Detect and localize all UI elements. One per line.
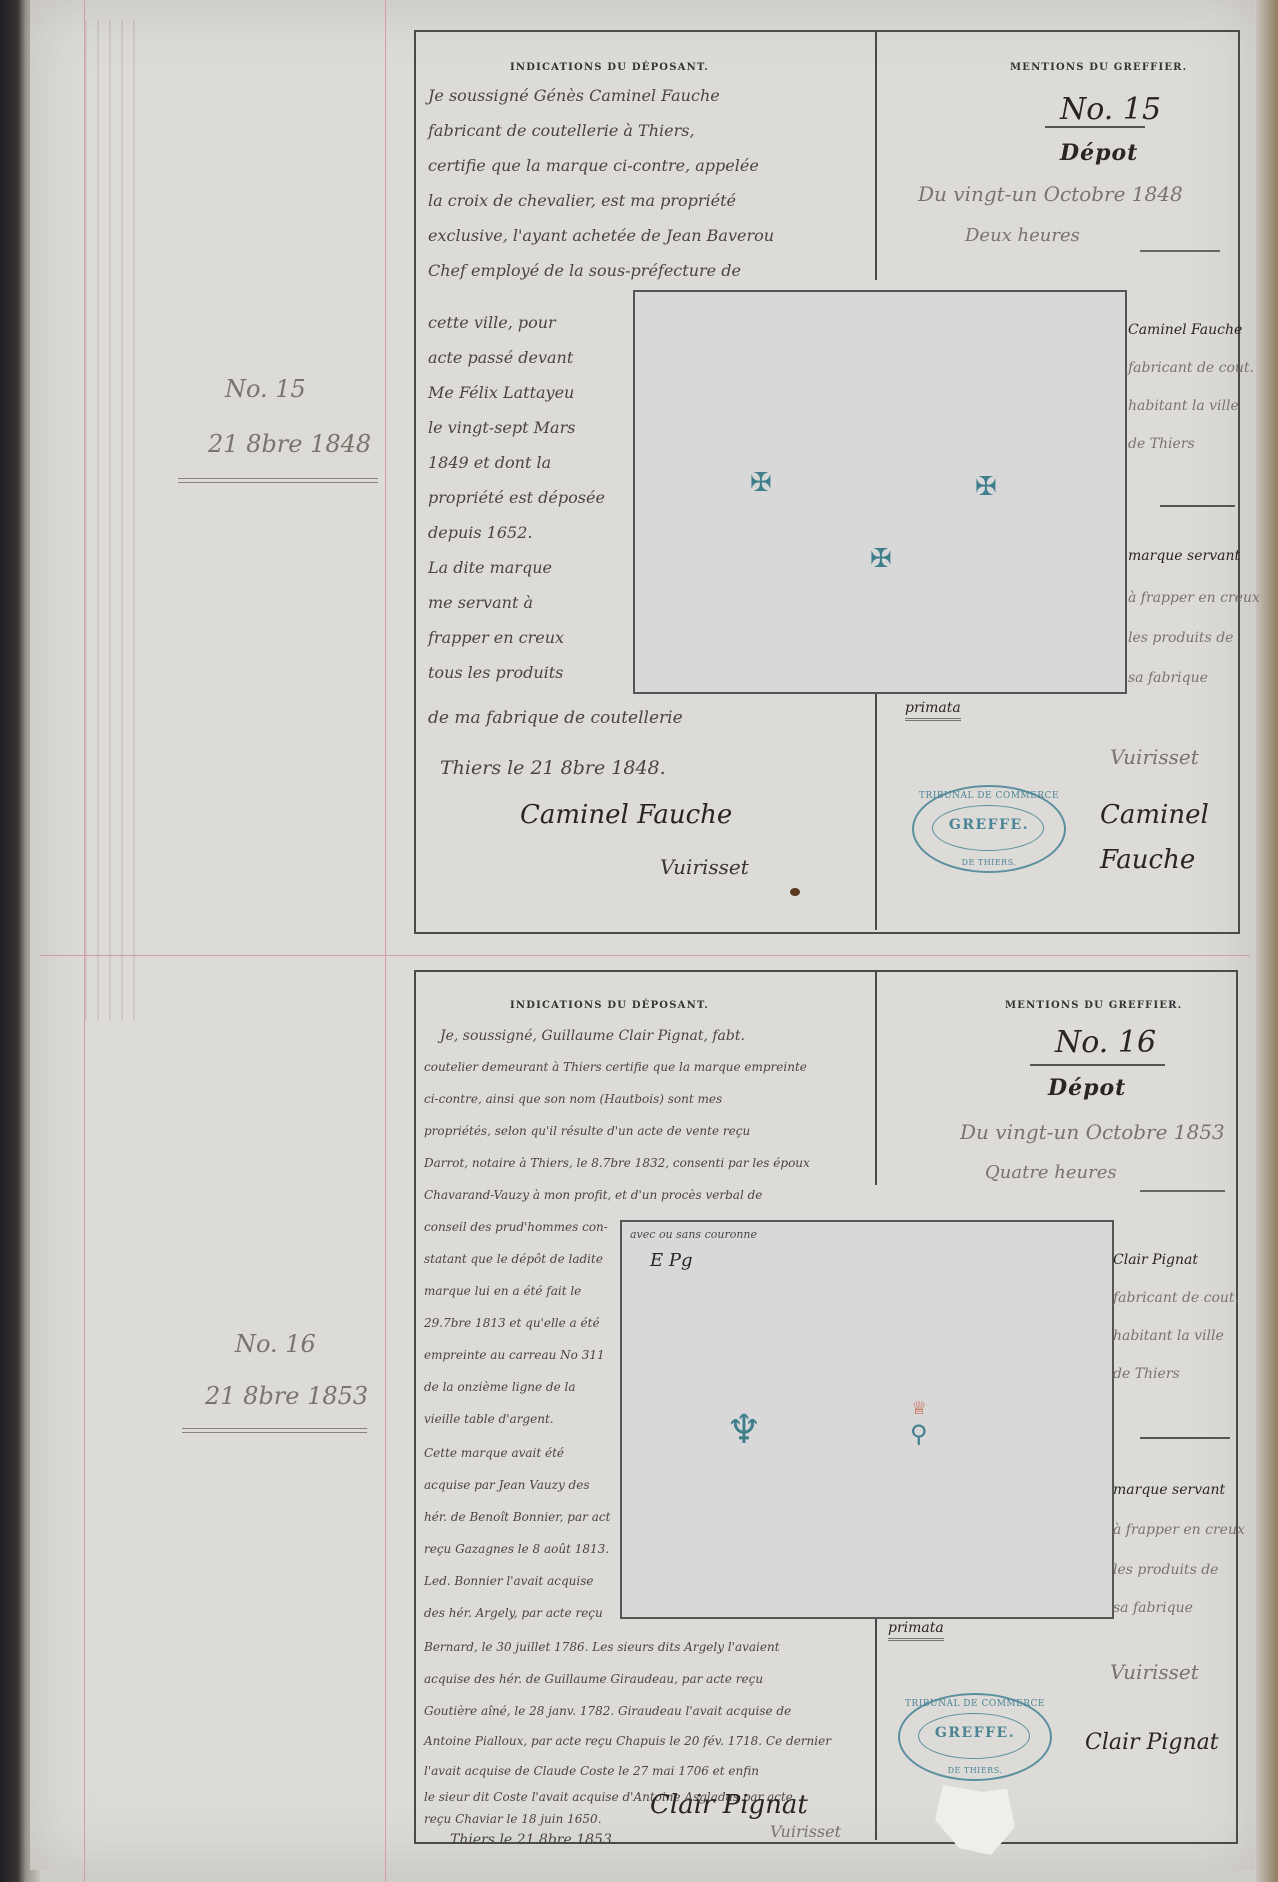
mark-impression-box: avec ou sans couronne E Pg ♆ ♕ ⚲ bbox=[620, 1220, 1114, 1619]
deposant-line: propriété est déposée bbox=[428, 480, 605, 516]
greffier-line: les produits de bbox=[1128, 630, 1233, 646]
greffier-separator bbox=[1160, 505, 1235, 507]
deposant-line: marque lui en a été fait le bbox=[424, 1284, 581, 1298]
clerk-signature: Vuirisset bbox=[660, 855, 749, 879]
margin-rule-right bbox=[385, 0, 386, 1882]
deposant-line: certifie que la marque ci-contre, appelé… bbox=[428, 148, 759, 184]
stamp-top-text: TRIBUNAL DE COMMERCE bbox=[900, 1699, 1050, 1709]
page-edges bbox=[85, 20, 145, 1020]
deposant-signature: Clair Pignat bbox=[650, 1790, 808, 1820]
deposant-line: Thiers le 21 8bre 1848. bbox=[440, 750, 666, 786]
depot-label: Dépot bbox=[1060, 140, 1138, 166]
deposit-hour: Quatre heures bbox=[985, 1162, 1117, 1183]
margin-entry-date: 21 8bre 1848 bbox=[208, 430, 371, 458]
deposant-line: 1849 et dont la bbox=[428, 445, 551, 481]
croix-de-chevalier-mark-icon: ✠ bbox=[750, 470, 772, 496]
deposant-line: Cette marque avait été bbox=[424, 1446, 564, 1460]
deposant-line: le vingt-sept Mars bbox=[428, 410, 575, 446]
greffier-line: Caminel Fauche bbox=[1128, 322, 1242, 338]
margin-entry-number: No. 16 bbox=[235, 1330, 316, 1358]
deposant-line: de ma fabrique de coutellerie bbox=[428, 700, 683, 736]
header-indications-deposant: INDICATIONS DU DÉPOSANT. bbox=[510, 1000, 709, 1011]
deposant-signature: Caminel Fauche bbox=[520, 800, 732, 830]
deposant-line: ci-contre, ainsi que son nom (Hautbois) … bbox=[424, 1092, 722, 1106]
croix-de-chevalier-mark-icon: ✠ bbox=[870, 546, 892, 572]
greffier-signature: Vuirisset bbox=[1110, 1660, 1199, 1684]
greffier-signature: Vuirisset bbox=[1110, 745, 1199, 769]
deposant-line: Darrot, notaire à Thiers, le 8.7bre 1832… bbox=[424, 1156, 810, 1170]
deposant-line: Bernard, le 30 juillet 1786. Les sieurs … bbox=[424, 1640, 780, 1654]
deposant-line: empreinte au carreau No 311 bbox=[424, 1348, 605, 1362]
stamp-top-text: TRIBUNAL DE COMMERCE bbox=[914, 791, 1064, 801]
deposant-line: cette ville, pour bbox=[428, 305, 556, 341]
header-mentions-greffier: MENTIONS DU GREFFIER. bbox=[1005, 1000, 1182, 1011]
mark-initials: E Pg bbox=[650, 1250, 693, 1271]
deposant-line: me servant à bbox=[428, 585, 533, 621]
deposant-line: Chef employé de la sous-préfecture de bbox=[428, 253, 741, 289]
deposant-line: Chavarand-Vauzy à mon profit, et d'un pr… bbox=[424, 1188, 762, 1202]
deposant-line: Je soussigné Génès Caminel Fauche bbox=[428, 78, 720, 114]
greffier-line: à frapper en creux bbox=[1128, 590, 1260, 606]
deposant-line: de la onzième ligne de la bbox=[424, 1380, 576, 1394]
greffier-line: marque servant bbox=[1113, 1482, 1225, 1498]
greffier-line: sa fabrique bbox=[1128, 670, 1208, 686]
deposant-line: reçu Gazagnes le 8 août 1813. bbox=[424, 1542, 609, 1556]
greffier-signature: Caminel bbox=[1100, 800, 1209, 830]
mark-impression-box: ✠ ✠ ✠ bbox=[633, 290, 1127, 694]
greffier-line: les produits de bbox=[1113, 1562, 1218, 1578]
deposant-line: propriétés, selon qu'il résulte d'un act… bbox=[424, 1124, 750, 1138]
croix-de-chevalier-mark-icon: ✠ bbox=[975, 474, 997, 500]
deposant-line: reçu Chaviar le 18 juin 1650. bbox=[424, 1812, 602, 1826]
stamp-bottom-text: DE THIERS. bbox=[914, 858, 1064, 867]
margin-rule-left bbox=[84, 0, 85, 1882]
greffier-line: de Thiers bbox=[1113, 1366, 1180, 1382]
deposant-line: des hér. Argely, par acte reçu bbox=[424, 1606, 603, 1620]
header-mentions-greffier: MENTIONS DU GREFFIER. bbox=[1010, 62, 1187, 73]
stamp-center-text: GREFFE. bbox=[900, 1725, 1050, 1741]
greffier-line: sa fabrique bbox=[1113, 1600, 1193, 1616]
deposant-line: La dite marque bbox=[428, 550, 552, 586]
greffier-line: habitant la ville bbox=[1128, 398, 1239, 414]
greffe-stamp: TRIBUNAL DE COMMERCE GREFFE. DE THIERS. bbox=[912, 785, 1066, 873]
greffier-line: marque servant bbox=[1128, 548, 1240, 564]
deposant-line: 29.7bre 1813 et qu'elle a été bbox=[424, 1316, 600, 1330]
deposant-line: acquise des hér. de Guillaume Giraudeau,… bbox=[424, 1672, 763, 1686]
entry-number-underline bbox=[1045, 126, 1145, 128]
hautbois-small-mark-icon: ⚲ bbox=[910, 1422, 928, 1446]
hautbois-candelabra-mark-icon: ♆ bbox=[726, 1410, 762, 1450]
margin-underline bbox=[178, 478, 378, 483]
greffier-line: à frapper en creux bbox=[1113, 1522, 1245, 1538]
mark-note: avec ou sans couronne bbox=[630, 1228, 757, 1241]
greffier-line: de Thiers bbox=[1128, 436, 1195, 452]
deposant-line: Me Félix Lattayeu bbox=[428, 375, 574, 411]
margin-underline bbox=[182, 1428, 367, 1433]
deposant-line: acquise par Jean Vauzy des bbox=[424, 1478, 590, 1492]
column-divider-top bbox=[875, 30, 877, 280]
deposant-line: conseil des prud'hommes con- bbox=[424, 1220, 608, 1234]
deposant-line: statant que le dépôt de ladite bbox=[424, 1252, 603, 1266]
deposant-line: Je, soussigné, Guillaume Clair Pignat, f… bbox=[440, 1028, 745, 1044]
deposant-line: vieille table d'argent. bbox=[424, 1412, 554, 1426]
primata-label: primata bbox=[905, 700, 961, 721]
greffier-line: habitant la ville bbox=[1113, 1328, 1224, 1344]
greffier-line: Clair Pignat bbox=[1113, 1252, 1198, 1268]
deposant-line: hér. de Benoît Bonnier, par act bbox=[424, 1510, 610, 1524]
deposant-line: frapper en creux bbox=[428, 620, 564, 656]
deposant-line: Led. Bonnier l'avait acquise bbox=[424, 1574, 593, 1588]
margin-entry-number: No. 15 bbox=[225, 375, 306, 403]
deposant-line: Antoine Pialloux, par acte reçu Chapuis … bbox=[424, 1734, 831, 1748]
greffier-line: fabricant de cout. bbox=[1128, 360, 1254, 376]
entry-number: No. 16 bbox=[1055, 1025, 1156, 1060]
hour-underline bbox=[1140, 250, 1220, 252]
margin-entry-date: 21 8bre 1853 bbox=[205, 1382, 368, 1410]
header-indications-deposant: INDICATIONS DU DÉPOSANT. bbox=[510, 62, 709, 73]
entry-number-underline bbox=[1030, 1064, 1165, 1066]
stamp-bottom-text: DE THIERS. bbox=[900, 1766, 1050, 1775]
deposit-hour: Deux heures bbox=[965, 225, 1080, 246]
entry-separator-rule bbox=[40, 955, 1250, 956]
ink-blot bbox=[790, 888, 800, 896]
stamp-center-text: GREFFE. bbox=[914, 817, 1064, 833]
deposant-line: depuis 1652. bbox=[428, 515, 532, 551]
deposant-line: l'avait acquise de Claude Coste le 27 ma… bbox=[424, 1764, 759, 1778]
entry-number: No. 15 bbox=[1060, 92, 1161, 127]
deposit-date: Du vingt-un Octobre 1853 bbox=[960, 1120, 1225, 1144]
greffier-signature: Fauche bbox=[1100, 845, 1195, 875]
deposant-line: coutelier demeurant à Thiers certifie qu… bbox=[424, 1060, 807, 1074]
clerk-signature: Vuirisset bbox=[770, 1822, 841, 1841]
deposant-line: fabricant de coutellerie à Thiers, bbox=[428, 113, 695, 149]
column-divider-bottom bbox=[875, 1600, 877, 1840]
greffe-stamp: TRIBUNAL DE COMMERCE GREFFE. DE THIERS. bbox=[898, 1693, 1052, 1781]
depot-label: Dépot bbox=[1048, 1075, 1126, 1101]
greffier-signature: Clair Pignat bbox=[1085, 1730, 1219, 1755]
deposant-line: acte passé devant bbox=[428, 340, 573, 376]
deposant-line: la croix de chevalier, est ma propriété bbox=[428, 183, 736, 219]
greffier-line: fabricant de cout. bbox=[1113, 1290, 1239, 1306]
greffier-separator bbox=[1140, 1437, 1230, 1439]
column-divider-top bbox=[875, 970, 877, 1185]
deposit-date: Du vingt-un Octobre 1848 bbox=[918, 182, 1183, 206]
crown-mark-icon: ♕ bbox=[911, 1400, 927, 1418]
hour-underline bbox=[1140, 1190, 1225, 1192]
deposant-line: Goutière aîné, le 28 janv. 1782. Giraude… bbox=[424, 1704, 791, 1718]
deposant-line: Thiers le 21 8bre 1853. bbox=[450, 1832, 616, 1848]
primata-label: primata bbox=[888, 1620, 944, 1641]
deposant-line: exclusive, l'ayant achetée de Jean Baver… bbox=[428, 218, 774, 254]
column-divider-bottom bbox=[875, 690, 877, 930]
book-edge-right bbox=[1256, 0, 1278, 1882]
deposant-line: tous les produits bbox=[428, 655, 563, 691]
